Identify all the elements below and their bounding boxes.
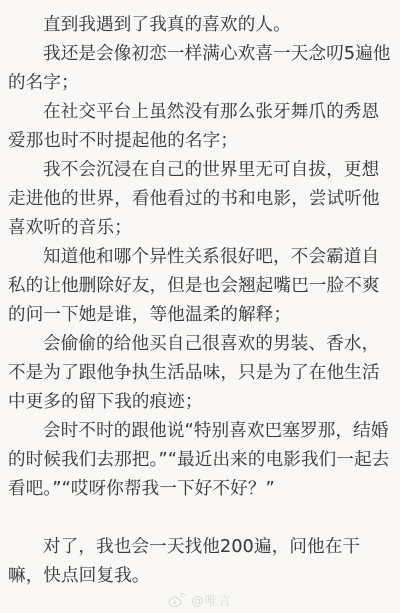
paragraph: 我还是会像初恋一样满心欢喜一天念叨5遍他的名字； xyxy=(8,40,392,98)
paragraph: 知道他和哪个异性关系很好吧，不会霸道自私的让他删除好友，但是也会翘起嘴巴一脸不爽… xyxy=(8,243,392,330)
watermark-handle: @唯言 xyxy=(191,591,232,609)
paragraph: 在社交平台上虽然没有那么张牙舞爪的秀恩爱那也时不时提起他的名字； xyxy=(8,98,392,156)
paragraph: 对了，我也会一天找他200遍，问他在干嘛，快点回复我。 xyxy=(8,533,392,591)
article: 直到我遇到了我真的喜欢的人。我还是会像初恋一样满心欢喜一天念叨5遍他的名字；在社… xyxy=(0,0,400,591)
paragraph: 我不会沉浸在自己的世界里无可自拔，更想走进他的世界，看他看过的书和电影，尝试听他… xyxy=(8,156,392,243)
paragraph: 会时不时的跟他说“特别喜欢巴塞罗那，结婚的时候我们去那把。”“最近出来的电影我们… xyxy=(8,417,392,504)
watermark: @唯言 xyxy=(0,591,400,609)
paragraph: 直到我遇到了我真的喜欢的人。 xyxy=(8,11,392,40)
weibo-logo-icon xyxy=(168,593,186,608)
text-image-page: 直到我遇到了我真的喜欢的人。我还是会像初恋一样满心欢喜一天念叨5遍他的名字；在社… xyxy=(0,0,400,613)
paragraph: 会偷偷的给他买自己很喜欢的男装、香水，不是为了跟他争执生活品味，只是为了在他生活… xyxy=(8,330,392,417)
